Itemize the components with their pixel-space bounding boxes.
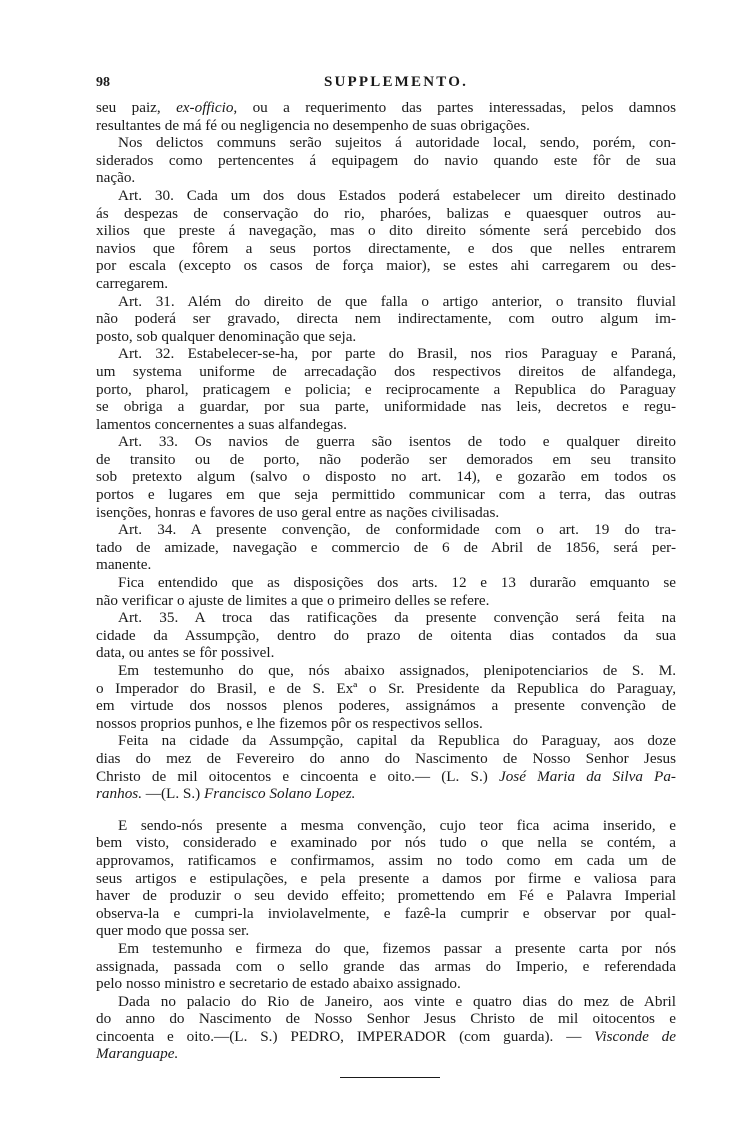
text-line: ás despezas de conservação do rio, pharó…: [96, 205, 676, 223]
text-line: xilios que preste á navegação, mas o dit…: [96, 222, 676, 240]
text-line: por escala (excepto os casos de força ma…: [96, 257, 676, 275]
text-line: assignada, passada com o sello grande da…: [96, 958, 676, 976]
paragraph-art33: Art. 33. Os navios de guerra são isentos…: [96, 433, 676, 521]
text-line: Art. 30. Cada um dos dous Estados poderá…: [96, 187, 676, 205]
running-title: SUPPLEMENTO.: [96, 74, 676, 92]
text-line: manente.: [96, 556, 676, 574]
paragraph-p-firmeza: Em testemunho e firmeza do que, fizemos …: [96, 940, 676, 993]
page-header: 98 SUPPLEMENTO.: [96, 74, 676, 96]
text-line: observa-la e cumpri-la inviolavelmente, …: [96, 905, 676, 923]
text-line: Dada no palacio do Rio de Janeiro, aos v…: [96, 993, 676, 1011]
text-line: em virtude dos nossos plenos poderes, as…: [96, 697, 676, 715]
text-line: approvamos, ratificamos e confirmamos, a…: [96, 852, 676, 870]
text-line: do anno do Nascimento de Nosso Senhor Je…: [96, 1010, 676, 1028]
text-line: Feita na cidade da Assumpção, capital da…: [96, 732, 676, 750]
text-line: tado de amizade, navegação e commercio d…: [96, 539, 676, 557]
text-line: porto, pharol, praticagem e policia; e r…: [96, 381, 676, 399]
text-line: resultantes de má fé ou negligencia no d…: [96, 117, 676, 135]
text-line: Em testemunho e firmeza do que, fizemos …: [96, 940, 676, 958]
paragraph-p-sendo: E sendo-nós presente a mesma convenção, …: [96, 817, 676, 940]
text-line: carregarem.: [96, 275, 676, 293]
paragraph-p1: seu paiz, ex-officio, ou a requerimento …: [96, 99, 676, 134]
paragraph-p-fica: Fica entendido que as disposições dos ar…: [96, 574, 676, 609]
text-line: o Imperador do Brasil, e de S. Exª o Sr.…: [96, 680, 676, 698]
italic-name: ex-officio: [176, 99, 233, 116]
ratification-text: E sendo-nós presente a mesma convenção, …: [96, 817, 676, 1063]
text-line: não verificar o ajuste de limites a que …: [96, 592, 676, 610]
end-rule: [340, 1077, 440, 1078]
text-line: siderados como pertencentes á equipagem …: [96, 152, 676, 170]
text-line: haver de produzir o seu devido effeito; …: [96, 887, 676, 905]
text-line: Fica entendido que as disposições dos ar…: [96, 574, 676, 592]
text-line: cidade da Assumpção, dentro do prazo de …: [96, 627, 676, 645]
text-line: Art. 31. Além do direito de que falla o …: [96, 293, 676, 311]
text-line: quer modo que possa ser.: [96, 922, 676, 940]
text-line: se obriga a guardar, por sua parte, unif…: [96, 398, 676, 416]
italic-name: Francisco Solano Lopez.: [204, 785, 355, 802]
text-line: dias do mez de Fevereiro do anno do Nasc…: [96, 750, 676, 768]
text-line: seu paiz, ex-officio, ou a requerimento …: [96, 99, 676, 117]
text-line: nação.: [96, 169, 676, 187]
text-line: nossos proprios punhos, e lhe fizemos pô…: [96, 715, 676, 733]
text-line: data, ou antes se fôr possivel.: [96, 644, 676, 662]
text-line: ranhos. —(L. S.) Francisco Solano Lopez.: [96, 785, 676, 803]
document-page: 98 SUPPLEMENTO. seu paiz, ex-officio, ou…: [96, 74, 676, 1078]
paragraph-art31: Art. 31. Além do direito de que falla o …: [96, 293, 676, 346]
text-line: de transito ou de porto, não poderão ser…: [96, 451, 676, 469]
text-line: Art. 35. A troca das ratificações da pre…: [96, 609, 676, 627]
text-line: Maranguape.: [96, 1045, 676, 1063]
paragraph-art34: Art. 34. A presente convenção, de confor…: [96, 521, 676, 574]
text-line: pelo nosso ministro e secretario de esta…: [96, 975, 676, 993]
italic-name: ranhos.: [96, 785, 142, 802]
text-line: Christo de mil oitocentos e cincoenta e …: [96, 768, 676, 786]
italic-name: José Maria da Silva Pa-: [499, 768, 676, 785]
paragraph-p-dada: Dada no palacio do Rio de Janeiro, aos v…: [96, 993, 676, 1063]
text-line: cincoenta e oito.—(L. S.) PEDRO, IMPERAD…: [96, 1028, 676, 1046]
text-line: portos e lugares em que seja permittido …: [96, 486, 676, 504]
italic-name: Maranguape.: [96, 1045, 178, 1062]
text-line: posto, sob qualquer denominação que seja…: [96, 328, 676, 346]
text-line: lamentos concernentes a suas alfandegas.: [96, 416, 676, 434]
text-line: Em testemunho do que, nós abaixo assigna…: [96, 662, 676, 680]
text-line: navios que fôrem a seus portos directame…: [96, 240, 676, 258]
text-line: um systema uniforme de arrecadação dos r…: [96, 363, 676, 381]
text-line: Art. 34. A presente convenção, de confor…: [96, 521, 676, 539]
text-line: sob pretexto algum (salvo o disposto no …: [96, 468, 676, 486]
paragraph-p2: Nos delictos communs serão sujeitos á au…: [96, 134, 676, 187]
paragraph-p-feita: Feita na cidade da Assumpção, capital da…: [96, 732, 676, 802]
text-line: Art. 33. Os navios de guerra são isentos…: [96, 433, 676, 451]
text-line: E sendo-nós presente a mesma convenção, …: [96, 817, 676, 835]
text-line: bem visto, considerado e examinado por n…: [96, 834, 676, 852]
text-line: Art. 32. Estabelecer-se-ha, por parte do…: [96, 345, 676, 363]
text-line: Nos delictos communs serão sujeitos á au…: [96, 134, 676, 152]
paragraph-art35: Art. 35. A troca das ratificações da pre…: [96, 609, 676, 662]
text-line: não poderá ser gravado, directa nem indi…: [96, 310, 676, 328]
italic-name: Visconde de: [594, 1028, 676, 1045]
treaty-articles: seu paiz, ex-officio, ou a requerimento …: [96, 99, 676, 803]
section-gap: [96, 803, 676, 817]
paragraph-art32: Art. 32. Estabelecer-se-ha, por parte do…: [96, 345, 676, 433]
text-line: seus artigos e estipulações, e pela pres…: [96, 870, 676, 888]
text-line: isenções, honras e favores de uso geral …: [96, 504, 676, 522]
paragraph-p-testemunho: Em testemunho do que, nós abaixo assigna…: [96, 662, 676, 732]
paragraph-art30: Art. 30. Cada um dos dous Estados poderá…: [96, 187, 676, 293]
